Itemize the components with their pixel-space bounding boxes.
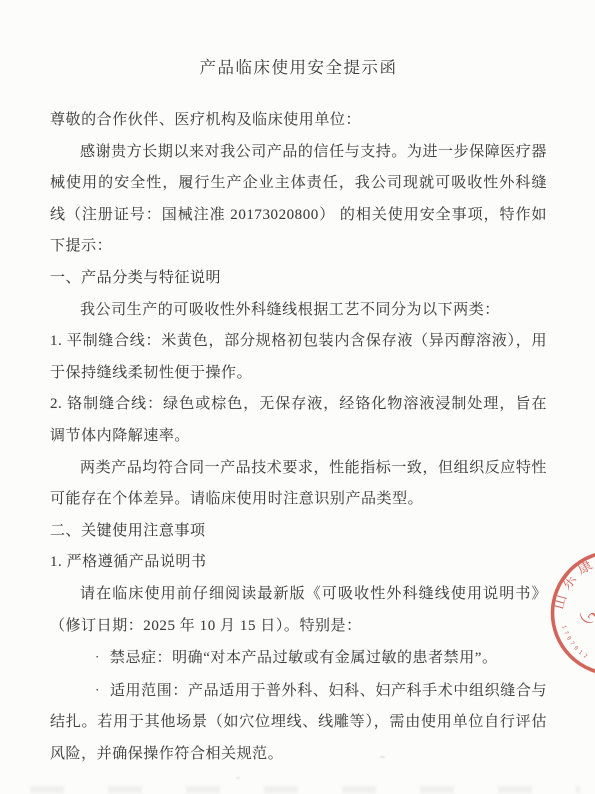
bullet-dot-icon: ·: [73, 674, 100, 706]
seal-inner-digit: 2: [584, 608, 595, 629]
scan-speck-artifact: [236, 777, 240, 779]
comparison-paragraph: 两类产品均符合同一产品技术要求，性能指标一致，但组织反应特性可能存在个体差异。请…: [50, 453, 547, 516]
bullet-item-scope-text: 适用范围：产品适用于普外科、妇科、妇产科手术中组织缝合与结扎。若用于其他场景（如…: [50, 683, 547, 762]
intro-paragraph: 感谢贵方长期以来对我公司产品的信任与支持。为进一步保障医疗器械使用的安全性，履行…: [50, 137, 547, 263]
bullet-dot-icon: ·: [73, 641, 100, 673]
instructions-paragraph: 请在临床使用前仔细阅读最新版《可吸收性外科缝线使用说明书》（修订日期：2025 …: [50, 579, 547, 642]
scanned-document-page: 产品临床使用安全提示函 尊敬的合作伙伴、医疗机构及临床使用单位： 感谢贵方长期以…: [0, 0, 595, 794]
classification-intro-paragraph: 我公司生产的可吸收性外科缝线根据工艺不同分为以下两类：: [50, 295, 547, 327]
greeting-line: 尊敬的合作伙伴、医疗机构及临床使用单位：: [50, 105, 547, 137]
numbered-item-plain-suture: 1. 平制缝合线：米黄色，部分规格初包装内含保存液（异丙醇溶液），用于保持缝线柔…: [50, 326, 547, 389]
numbered-item-follow-instructions: 1. 严格遵循产品说明书: [50, 547, 547, 579]
seal-serial-digits: 1707012: [560, 625, 591, 662]
seal-ring: [553, 552, 595, 674]
seal-inner-paren: （: [571, 611, 595, 636]
bullet-item-scope: ·适用范围：产品适用于普外科、妇科、妇产科手术中组织缝合与结扎。若用于其他场景（…: [50, 675, 547, 771]
scan-noise-artifact: [30, 786, 580, 793]
seal-arc-text: 山东康: [550, 553, 595, 612]
numbered-item-chromic-suture: 2. 铬制缝合线：绿色或棕色，无保存液，经铬化物溶液浸制处理，旨在调节体内降解速…: [50, 389, 547, 452]
scan-speck-artifact: [380, 756, 385, 758]
section-heading-2: 二、关键使用注意事项: [50, 516, 547, 548]
bullet-item-contraindication: ·禁忌症：明确“对本产品过敏或有金属过敏的患者禁用”。: [50, 642, 547, 675]
bullet-item-contraindication-text: 禁忌症：明确“对本产品过敏或有金属过敏的患者禁用”。: [110, 650, 498, 666]
document-content: 产品临床使用安全提示函 尊敬的合作伙伴、医疗机构及临床使用单位： 感谢贵方长期以…: [50, 56, 547, 770]
section-heading-1: 一、产品分类与特征说明: [50, 263, 547, 295]
page-title: 产品临床使用安全提示函: [50, 56, 547, 80]
